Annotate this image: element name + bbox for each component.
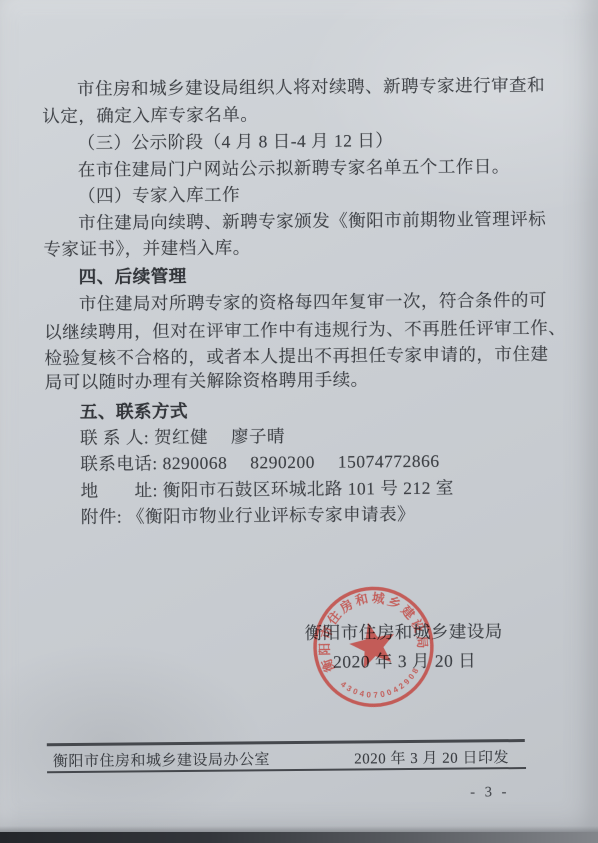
- footer-issuing-office: 衡阳市住房和城乡建设局办公室: [53, 748, 270, 771]
- body-line: （三）公示阶段（4 月 8 日-4 月 12 日）: [77, 130, 393, 153]
- body-line: 认定，确定入库专家名单。: [42, 104, 258, 126]
- official-seal: 衡阳市住房和城乡建设局 4304070042908: [298, 571, 449, 722]
- body-line: 市住建局向续聘、新聘专家颁发《衡阳市前期物业管理评标: [78, 209, 546, 233]
- contact-person-line: 联 系 人: 贺红健 廖子晴: [80, 426, 285, 448]
- document-content: 市住房和城乡建设局组织人将对续聘、新聘专家进行审查和 认定，确定入库专家名单。 …: [0, 0, 598, 843]
- body-line: 局可以随时办理有关解除资格聘用手续。: [45, 369, 369, 392]
- body-line: 市住建局对所聘专家的资格每四年复审一次，符合条件的可: [79, 290, 547, 314]
- body-line: 市住房和城乡建设局组织人将对续聘、新聘专家进行审查和: [77, 75, 545, 99]
- contact-address-line: 地 址: 衡阳市石鼓区环城北路 101 号 212 室: [81, 478, 454, 501]
- body-line: 专家证书》，并建档入库。: [43, 237, 250, 259]
- signature-block: 衡阳市住房和城乡建设局 2020 年 3 月 20 日: [0, 0, 594, 3]
- page-number: - 3 -: [470, 784, 509, 801]
- attachment-line: 附件: 《衡阳市物业行业评标专家申请表》: [81, 504, 415, 527]
- body-line: （四）专家入库工作: [78, 185, 240, 206]
- contact-phone-line: 联系电话: 8290068 8290200 15074772866: [80, 451, 439, 474]
- seal-star-icon: [346, 618, 400, 671]
- body-line: 在市住建局门户网站公示拟新聘专家名单五个工作日。: [78, 156, 510, 180]
- body-line: 以继续聘用，但对在评审工作中有违规行为、不再胜任评审工作、: [44, 318, 566, 343]
- footer-print-date: 2020 年 3 月 20 日印发: [354, 746, 509, 768]
- scanned-document-page: 市住房和城乡建设局组织人将对续聘、新聘专家进行审查和 认定，确定入库专家名单。 …: [0, 0, 598, 843]
- footer-divider-top: [47, 739, 525, 746]
- section-heading-followup-management: 四、后续管理: [79, 266, 187, 287]
- scan-shadow-bottom-edge: [0, 832, 598, 843]
- body-line: 检验复核不合格的，或者本人提出不再担任专家申请的，市住建: [44, 344, 548, 368]
- section-heading-contact-info: 五、联系方式: [80, 401, 188, 422]
